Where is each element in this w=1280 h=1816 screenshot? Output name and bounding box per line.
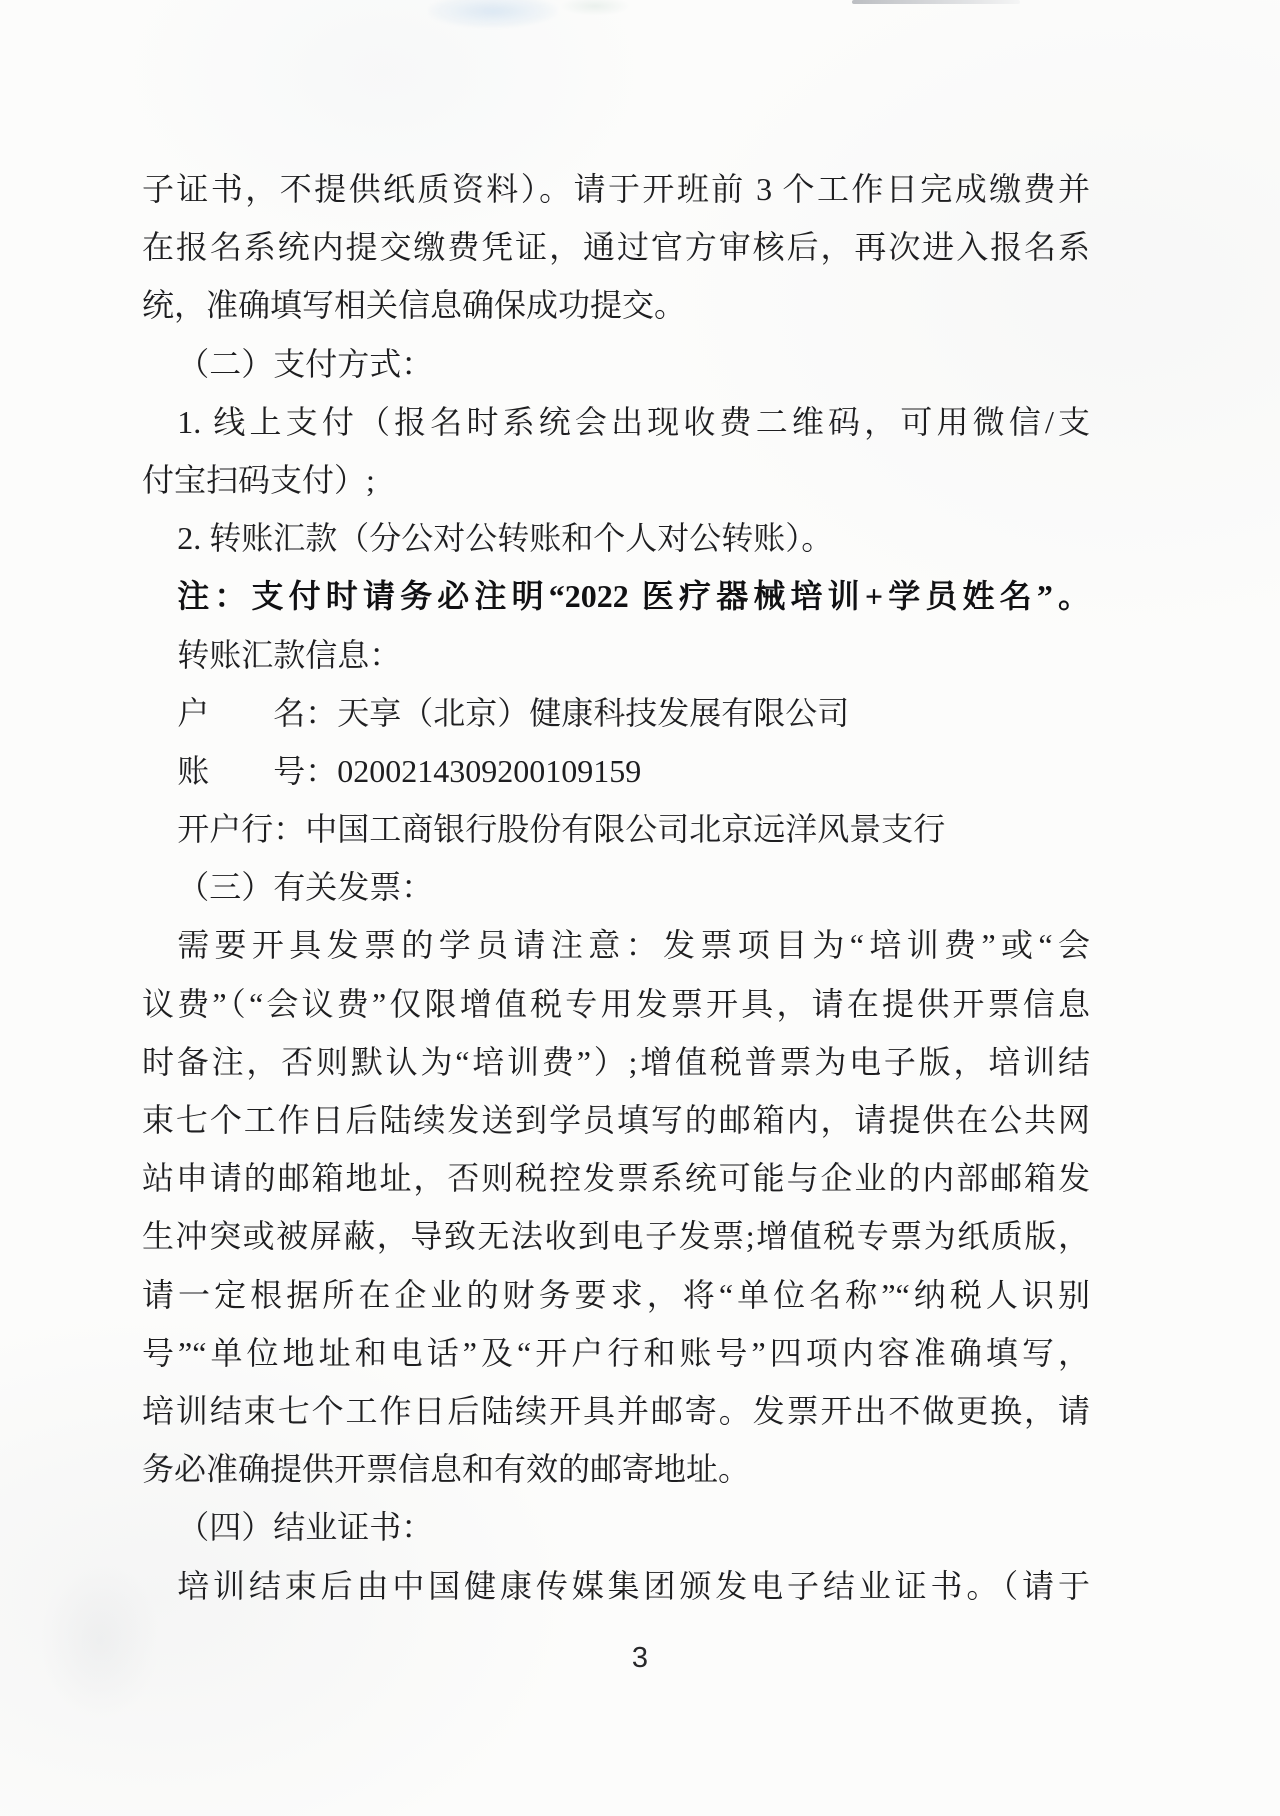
- scan-streak-top-right: [852, 0, 1020, 4]
- text-line: 培训结束七个工作日后陆续开具并邮寄。发票开出不做更换，请: [142, 1382, 1090, 1440]
- text-line: 统，准确填写相关信息确保成功提交。: [142, 276, 1090, 334]
- scan-smudge-top: [428, 0, 558, 28]
- text-line: 号”“单位地址和电话”及“开户行和账号”四项内容准确填写，: [142, 1324, 1090, 1382]
- text-line: 需要开具发票的学员请注意：发票项目为“培训费”或“会: [142, 916, 1090, 974]
- account-number-line: 账 号：0200214309200109159: [142, 742, 1090, 800]
- account-name-line: 户 名：天享（北京）健康科技发展有限公司: [142, 684, 1090, 742]
- text-line: 时备注，否则默认为“培训费”）;增值税普票为电子版，培训结: [142, 1033, 1090, 1091]
- section-heading-invoice: （三）有关发票：: [142, 858, 1090, 916]
- payment-note-line: 注：支付时请务必注明“2022 医疗器械培训+学员姓名”。: [142, 567, 1090, 625]
- scan-smudge-top-secondary: [560, 0, 630, 16]
- text-line: 务必准确提供开票信息和有效的邮寄地址。: [142, 1440, 1090, 1498]
- transfer-info-heading: 转账汇款信息：: [142, 626, 1090, 684]
- text-line: 付宝扫码支付）;: [142, 451, 1090, 509]
- text-line: 请一定根据所在企业的财务要求，将“单位名称”“纳税人识别: [142, 1266, 1090, 1324]
- document-body: 子证书，不提供纸质资料）。请于开班前 3 个工作日完成缴费并 在报名系统内提交缴…: [142, 160, 1090, 1615]
- section-heading-certificate: （四）结业证书：: [142, 1498, 1090, 1556]
- bank-branch-line: 开户行：中国工商银行股份有限公司北京远洋风景支行: [142, 800, 1090, 858]
- text-line: 2. 转账汇款（分公对公转账和个人对公转账）。: [142, 509, 1090, 567]
- text-line: 站申请的邮箱地址，否则税控发票系统可能与企业的内部邮箱发: [142, 1149, 1090, 1207]
- text-line: 在报名系统内提交缴费凭证，通过官方审核后，再次进入报名系: [142, 218, 1090, 276]
- text-line: 议费”（“会议费”仅限增值税专用发票开具，请在提供开票信息: [142, 975, 1090, 1033]
- page-number: 3: [0, 1642, 1280, 1675]
- text-line: 生冲突或被屏蔽，导致无法收到电子发票;增值税专票为纸质版，: [142, 1207, 1090, 1265]
- text-line: 培训结束后由中国健康传媒集团颁发电子结业证书。（请于: [142, 1557, 1090, 1615]
- text-line: 子证书，不提供纸质资料）。请于开班前 3 个工作日完成缴费并: [142, 160, 1090, 218]
- section-heading-payment-method: （二）支付方式：: [142, 335, 1090, 393]
- document-page: 子证书，不提供纸质资料）。请于开班前 3 个工作日完成缴费并 在报名系统内提交缴…: [0, 0, 1280, 1816]
- text-line: 束七个工作日后陆续发送到学员填写的邮箱内，请提供在公共网: [142, 1091, 1090, 1149]
- text-line: 1. 线上支付（报名时系统会出现收费二维码，可用微信/支: [142, 393, 1090, 451]
